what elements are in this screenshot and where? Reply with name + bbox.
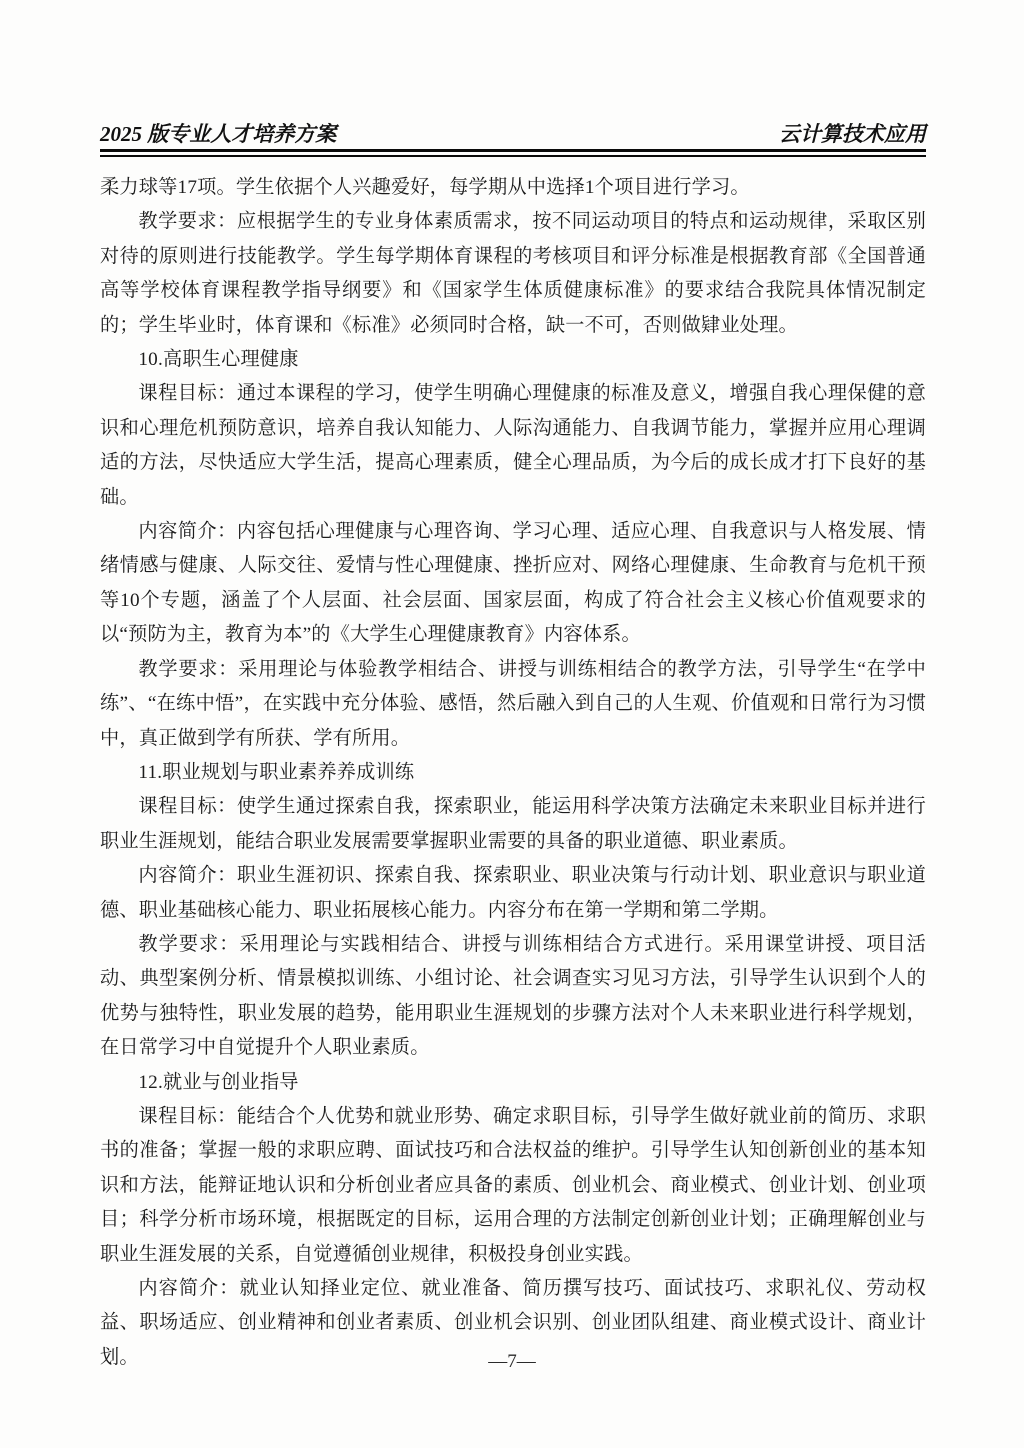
running-header: 2025 版专业人才培养方案 云计算技术应用 [100,118,926,148]
header-rule-thin-line [100,155,926,157]
paragraph: 课程目标：通过本课程的学习，使学生明确心理健康的标准及意义，增强自我心理保健的意… [100,377,926,515]
paragraph: 内容简介：内容包括心理健康与心理咨询、学习心理、适应心理、自我意识与人格发展、情… [100,515,926,653]
section-heading: 12.就业与创业指导 [100,1066,926,1100]
paragraph: 教学要求：采用理论与体验教学相结合、讲授与训练相结合的教学方法，引导学生“在学中… [100,653,926,756]
paragraph: 教学要求：应根据学生的专业身体素质需求，按不同运动项目的特点和运动规律，采取区别… [100,205,926,343]
document-page: 2025 版专业人才培养方案 云计算技术应用 柔力球等17项。学生依据个人兴趣爱… [0,0,1024,1448]
header-rule [100,149,926,157]
header-left-title: 2025 版专业人才培养方案 [100,118,336,148]
section-heading: 11.职业规划与职业素养养成训练 [100,756,926,790]
paragraph: 教学要求：采用理论与实践相结合、讲授与训练相结合方式进行。采用课堂讲授、项目活动… [100,928,926,1066]
paragraph: 内容简介：职业生涯初识、探索自我、探索职业、职业决策与行动计划、职业意识与职业道… [100,859,926,928]
section-heading: 10.高职生心理健康 [100,343,926,377]
document-body: 柔力球等17项。学生依据个人兴趣爱好，每学期从中选择1个项目进行学习。 教学要求… [100,171,926,1375]
header-right-title: 云计算技术应用 [779,118,926,148]
header-rule-thick-line [100,149,926,152]
paragraph: 课程目标：能结合个人优势和就业形势、确定求职目标，引导学生做好就业前的简历、求职… [100,1100,926,1272]
paragraph: 课程目标：使学生通过探索自我，探索职业，能运用科学决策方法确定未来职业目标并进行… [100,790,926,859]
paragraph: 柔力球等17项。学生依据个人兴趣爱好，每学期从中选择1个项目进行学习。 [100,171,926,205]
page-number: —7— [0,1351,1024,1373]
